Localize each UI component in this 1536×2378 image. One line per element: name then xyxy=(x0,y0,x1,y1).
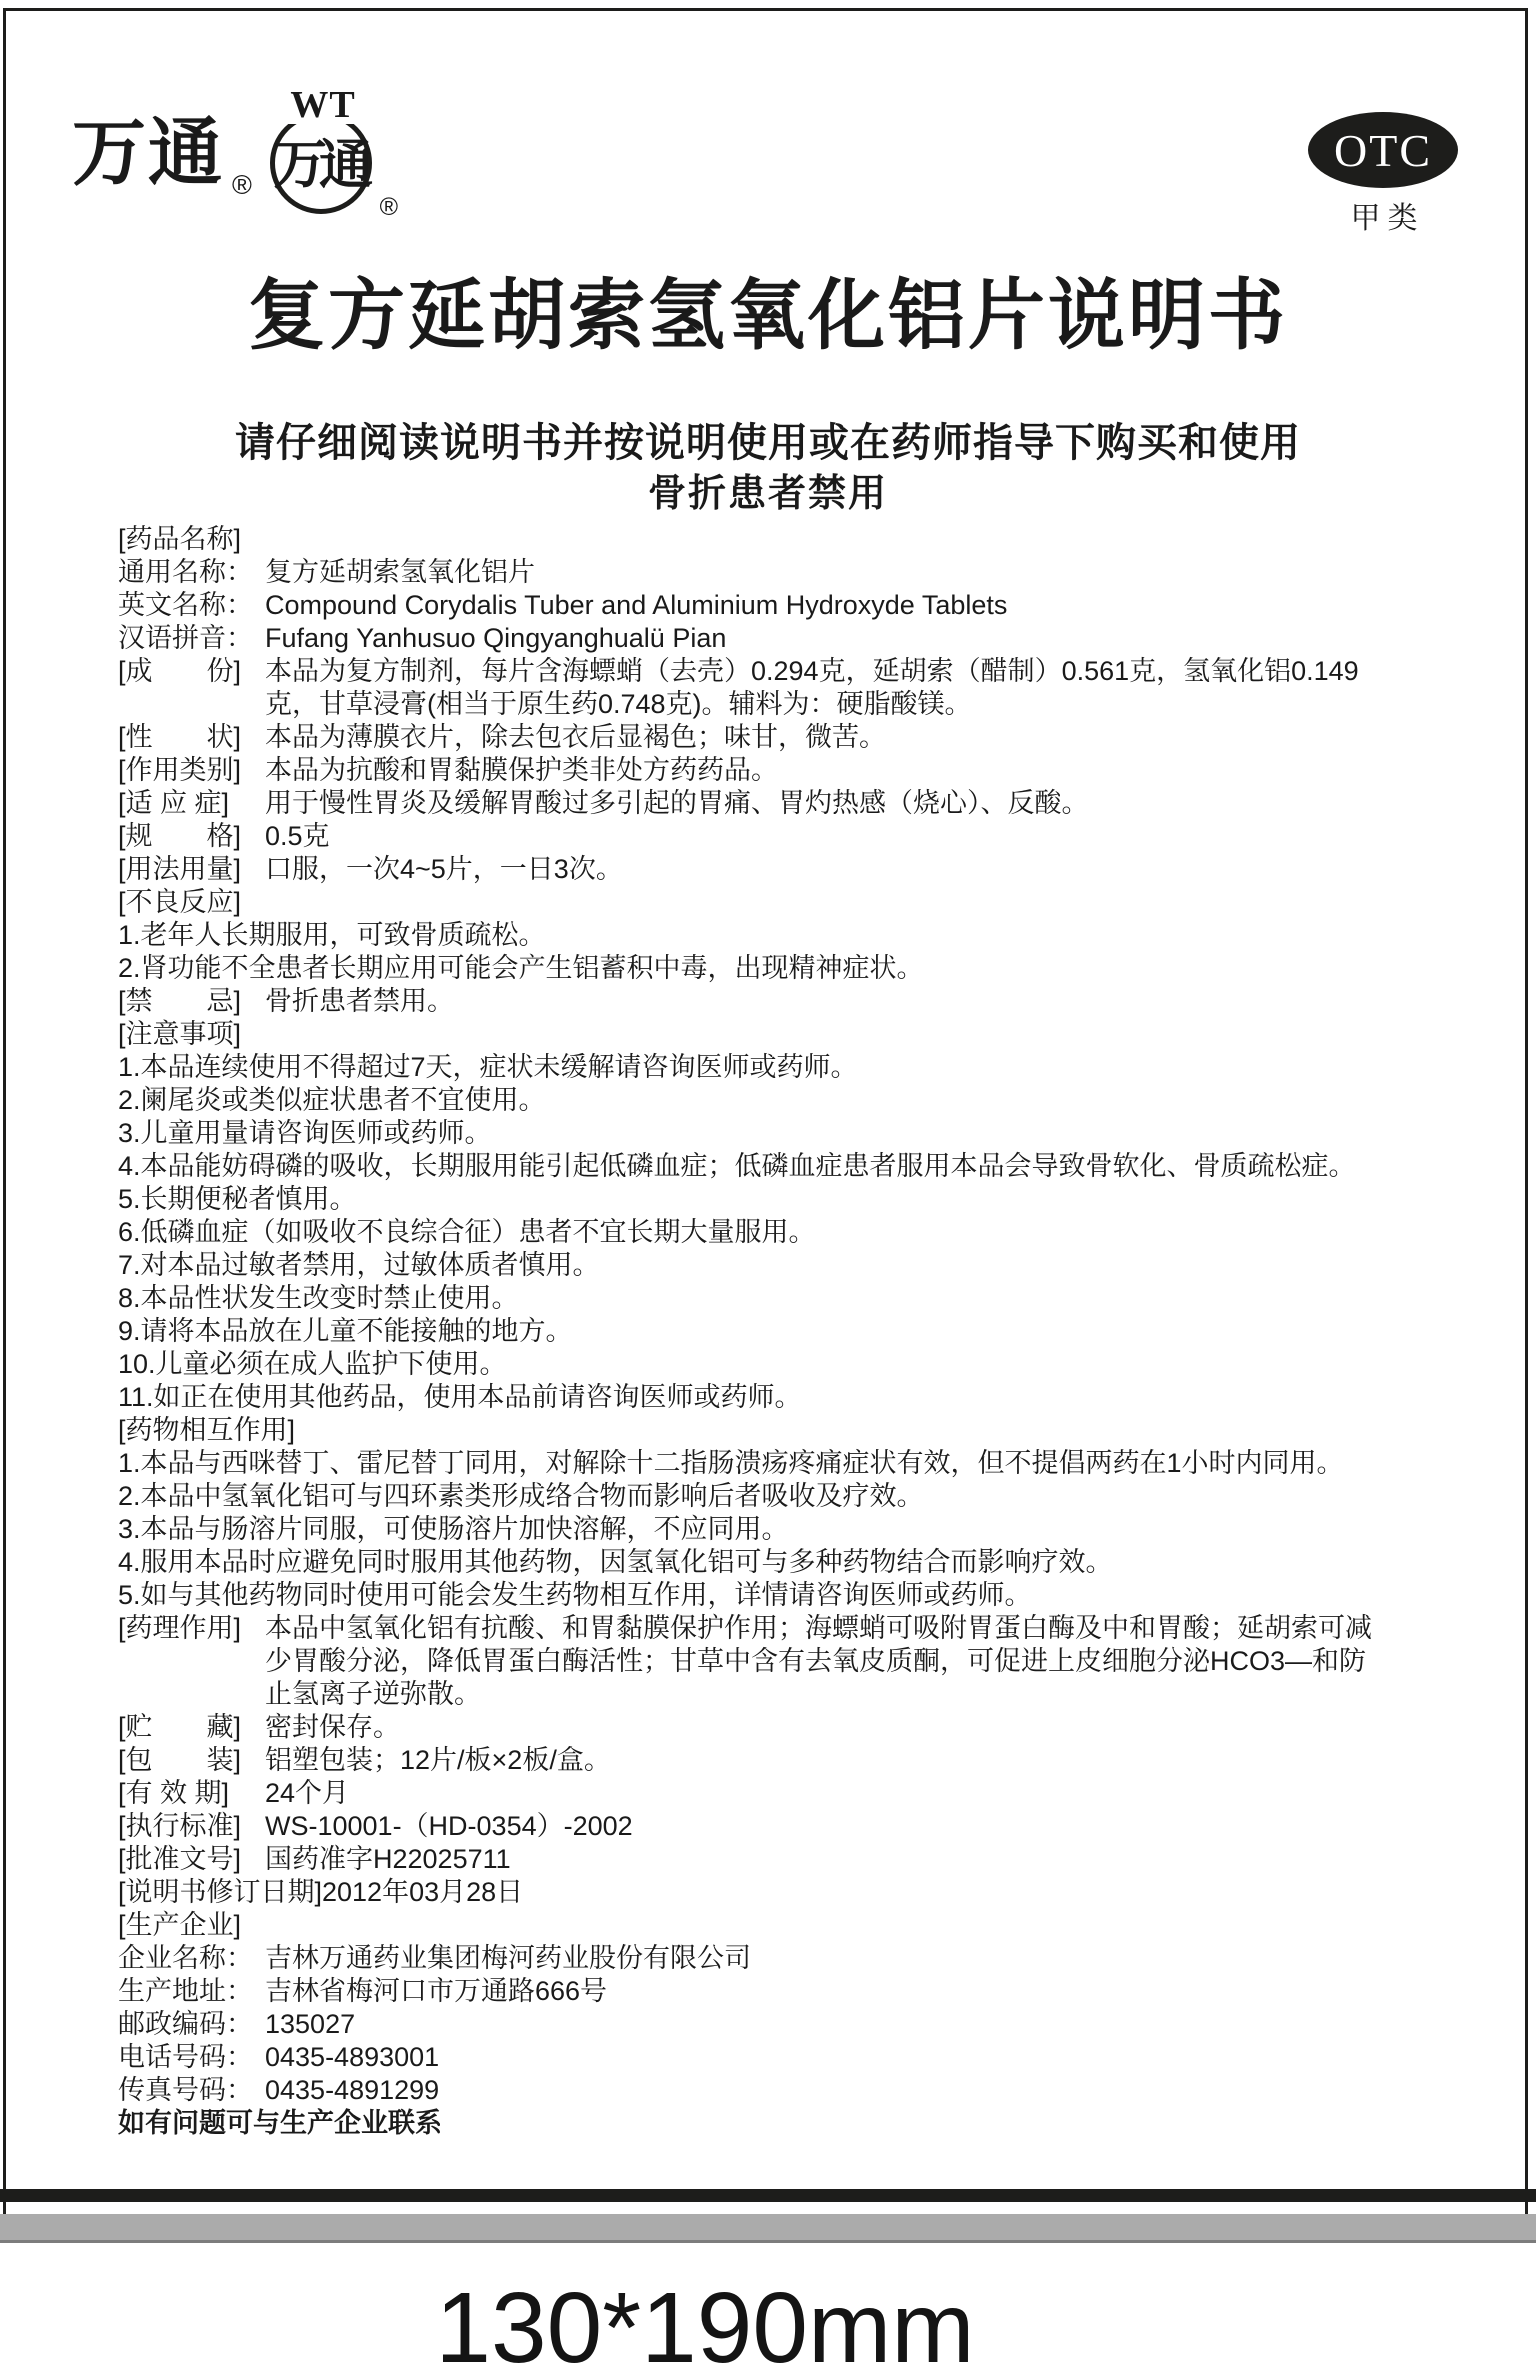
line-label: [用法用量] xyxy=(118,853,265,886)
body-text: [药品名称]通用名称：复方延胡索氢氧化铝片英文名称：Compound Coryd… xyxy=(118,523,1513,2140)
section-header-line: [注意事项] xyxy=(118,1018,1513,1051)
line-text: 克，甘草浸膏(相当于原生药0.748克)。辅料为：硬脂酸镁。 xyxy=(265,689,972,719)
section-header-line: [生产企业] xyxy=(118,1909,1513,1942)
body-line: 2.肾功能不全患者长期应用可能会产生铝蓄积中毒，出现精神症状。 xyxy=(118,952,1513,985)
registered-trademark-icon: ® xyxy=(380,193,398,222)
logo-inner-characters: 万通 xyxy=(273,138,373,192)
line-label: [成 份] xyxy=(118,655,265,688)
trim-bar-gray xyxy=(0,2214,1536,2243)
body-line: [性 状]本品为薄膜衣片，除去包衣后显褐色；味甘，微苦。 xyxy=(118,721,1513,754)
body-line: 4.服用本品时应避免同时服用其他药物，因氢氧化铝可与多种药物结合而影响疗效。 xyxy=(118,1546,1513,1579)
line-text: 骨折患者禁用。 xyxy=(265,986,454,1016)
line-label: 汉语拼音： xyxy=(118,622,265,655)
line-text: Compound Corydalis Tuber and Aluminium H… xyxy=(265,590,1007,620)
body-line: 2.阑尾炎或类似症状患者不宜使用。 xyxy=(118,1084,1513,1117)
line-text: 8.本品性状发生改变时禁止使用。 xyxy=(118,1283,519,1313)
line-text: 铝塑包装；12片/板×2板/盒。 xyxy=(265,1745,611,1775)
body-line: 传真号码：0435-4891299 xyxy=(118,2074,1513,2107)
body-line: 英文名称：Compound Corydalis Tuber and Alumin… xyxy=(118,589,1513,622)
body-line: 企业名称：吉林万通药业集团梅河药业股份有限公司 xyxy=(118,1942,1513,1975)
line-text: 吉林万通药业集团梅河药业股份有限公司 xyxy=(265,1943,751,1973)
line-text: 本品为复方制剂，每片含海螵蛸（去壳）0.294克，延胡索（醋制）0.561克，氢… xyxy=(265,656,1359,686)
body-line: 电话号码：0435-4893001 xyxy=(118,2041,1513,2074)
body-line: 5.如与其他药物同时使用可能会发生药物相互作用，详情请咨询医师或药师。 xyxy=(118,1579,1513,1612)
line-text: 135027 xyxy=(265,2009,355,2039)
body-line: [用法用量]口服，一次4~5片，一日3次。 xyxy=(118,853,1513,886)
line-text: 0435-4893001 xyxy=(265,2042,439,2072)
leaflet-proof-page: { "brand": { "name": "万通", "reg": "®", "… xyxy=(0,0,1536,2378)
body-line: [包 装]铝塑包装；12片/板×2板/盒。 xyxy=(118,1744,1513,1777)
trim-bar-black xyxy=(0,2189,1536,2202)
line-text: 5.如与其他药物同时使用可能会发生药物相互作用，详情请咨询医师或药师。 xyxy=(118,1580,1032,1610)
body-line: 11.如正在使用其他药品，使用本品前请咨询医师或药师。 xyxy=(118,1381,1513,1414)
line-text: 24个月 xyxy=(265,1778,349,1808)
body-line: [禁 忌]骨折患者禁用。 xyxy=(118,985,1513,1018)
body-line: 1.本品连续使用不得超过7天，症状未缓解请咨询医师或药师。 xyxy=(118,1051,1513,1084)
body-line: 少胃酸分泌，降低胃蛋白酶活性；甘草中含有去氧皮质酮，可促进上皮细胞分泌HCO3—… xyxy=(118,1645,1513,1678)
line-text: 用于慢性胃炎及缓解胃酸过多引起的胃痛、胃灼热感（烧心）、反酸。 xyxy=(265,788,1089,818)
otc-ellipse-icon: OTC xyxy=(1308,112,1458,188)
body-line: 2.本品中氢氧化铝可与四环素类形成络合物而影响后者吸收及疗效。 xyxy=(118,1480,1513,1513)
body-line: [药理作用]本品中氢氧化铝有抗酸、和胃黏膜保护作用；海螵蛸可吸附胃蛋白酶及中和胃… xyxy=(118,1612,1513,1645)
body-line: 8.本品性状发生改变时禁止使用。 xyxy=(118,1282,1513,1315)
line-text: 1.老年人长期服用，可致骨质疏松。 xyxy=(118,920,546,950)
line-text: 1.本品连续使用不得超过7天，症状未缓解请咨询医师或药师。 xyxy=(118,1052,858,1082)
line-text: WS-10001-（HD-0354）-2002 xyxy=(265,1811,633,1841)
body-line: 克，甘草浸膏(相当于原生药0.748克)。辅料为：硬脂酸镁。 xyxy=(118,688,1513,721)
line-text: 4.本品能妨碍磷的吸收，长期服用能引起低磷血症；低磷血症患者服用本品会导致骨软化… xyxy=(118,1151,1356,1181)
line-text: Fufang Yanhusuo Qingyanghualü Pian xyxy=(265,623,726,653)
line-label: [药物相互作用] xyxy=(118,1414,295,1447)
line-label: [禁 忌] xyxy=(118,985,265,1018)
section-header-line: [不良反应] xyxy=(118,886,1513,919)
body-line: 4.本品能妨碍磷的吸收，长期服用能引起低磷血症；低磷血症患者服用本品会导致骨软化… xyxy=(118,1150,1513,1183)
line-text: 2.本品中氢氧化铝可与四环素类形成络合物而影响后者吸收及疗效。 xyxy=(118,1481,924,1511)
line-label: 通用名称： xyxy=(118,556,265,589)
brand-name: 万通 xyxy=(72,111,224,194)
body-line: [贮 藏]密封保存。 xyxy=(118,1711,1513,1744)
line-text: 3.本品与肠溶片同服，可使肠溶片加快溶解，不应同用。 xyxy=(118,1514,789,1544)
body-line: 3.儿童用量请咨询医师或药师。 xyxy=(118,1117,1513,1150)
line-text: 4.服用本品时应避免同时服用其他药物，因氢氧化铝可与多种药物结合而影响疗效。 xyxy=(118,1547,1113,1577)
body-line: 6.低磷血症（如吸收不良综合征）患者不宜长期大量服用。 xyxy=(118,1216,1513,1249)
line-text: 10.儿童必须在成人监护下使用。 xyxy=(118,1349,507,1379)
body-line: [适 应 症]用于慢性胃炎及缓解胃酸过多引起的胃痛、胃灼热感（烧心）、反酸。 xyxy=(118,787,1513,820)
line-text: 7.对本品过敏者禁用，过敏体质者慎用。 xyxy=(118,1250,600,1280)
body-line: 止氢离子逆弥散。 xyxy=(118,1678,1513,1711)
page-title: 复方延胡索氢氧化铝片说明书 xyxy=(0,274,1536,359)
line-text: 0.5克 xyxy=(265,821,330,851)
line-text: 本品为抗酸和胃黏膜保护类非处方药药品。 xyxy=(265,755,778,785)
line-label: [规 格] xyxy=(118,820,265,853)
line-label: [药理作用] xyxy=(118,1612,265,1645)
brand-wordmark: 万通® xyxy=(72,116,252,190)
line-text: 2.阑尾炎或类似症状患者不宜使用。 xyxy=(118,1085,546,1115)
body-line: 如有问题可与生产企业联系 xyxy=(118,2107,1513,2140)
line-text: 11.如正在使用其他药品，使用本品前请咨询医师或药师。 xyxy=(118,1382,802,1412)
line-text: 如有问题可与生产企业联系 xyxy=(118,2108,442,2138)
line-text: 5.长期便秘者慎用。 xyxy=(118,1184,357,1214)
body-line: 3.本品与肠溶片同服，可使肠溶片加快溶解，不应同用。 xyxy=(118,1513,1513,1546)
line-text: 本品为薄膜衣片，除去包衣后显褐色；味甘，微苦。 xyxy=(265,722,886,752)
line-label: [生产企业] xyxy=(118,1909,265,1942)
line-text: [说明书修订日期]2012年03月28日 xyxy=(118,1877,523,1907)
line-text: 止氢离子逆弥散。 xyxy=(265,1679,481,1709)
line-label: 英文名称： xyxy=(118,589,265,622)
line-text: 9.请将本品放在儿童不能接触的地方。 xyxy=(118,1316,573,1346)
body-line: 邮政编码：135027 xyxy=(118,2008,1513,2041)
line-text: 国药准字H22025711 xyxy=(265,1844,511,1874)
line-label: [有 效 期] xyxy=(118,1777,265,1810)
otc-class-label: 甲类 xyxy=(1308,193,1460,237)
line-label: 生产地址： xyxy=(118,1975,265,2008)
line-label: 电话号码： xyxy=(118,2041,265,2074)
line-text: 少胃酸分泌，降低胃蛋白酶活性；甘草中含有去氧皮质酮，可促进上皮细胞分泌HCO3—… xyxy=(265,1646,1366,1676)
contraindication-warning: 骨折患者禁用 xyxy=(0,474,1536,516)
body-line: 通用名称：复方延胡索氢氧化铝片 xyxy=(118,556,1513,589)
line-text: 0435-4891299 xyxy=(265,2075,439,2105)
body-line: [成 份]本品为复方制剂，每片含海螵蛸（去壳）0.294克，延胡索（醋制）0.5… xyxy=(118,655,1513,688)
line-text: 本品中氢氧化铝有抗酸、和胃黏膜保护作用；海螵蛸可吸附胃蛋白酶及中和胃酸；延胡索可… xyxy=(265,1613,1372,1643)
line-text: 复方延胡索氢氧化铝片 xyxy=(265,557,535,587)
line-label: 企业名称： xyxy=(118,1942,265,1975)
line-text: 吉林省梅河口市万通路666号 xyxy=(265,1976,607,2006)
body-line: [批准文号]国药准字H22025711 xyxy=(118,1843,1513,1876)
body-line: [执行标准]WS-10001-（HD-0354）-2002 xyxy=(118,1810,1513,1843)
line-label: [注意事项] xyxy=(118,1018,265,1051)
logo-wt-initials: WT xyxy=(284,86,361,124)
line-label: [适 应 症] xyxy=(118,787,265,820)
body-line: 10.儿童必须在成人监护下使用。 xyxy=(118,1348,1513,1381)
body-line: 生产地址：吉林省梅河口市万通路666号 xyxy=(118,1975,1513,2008)
registered-trademark-icon: ® xyxy=(232,172,252,199)
body-line: [规 格]0.5克 xyxy=(118,820,1513,853)
section-header-line: [药品名称] xyxy=(118,523,1513,556)
line-label: 邮政编码： xyxy=(118,2008,265,2041)
line-text: 1.本品与西咪替丁、雷尼替丁同用，对解除十二指肠溃疡疼痛症状有效，但不提倡两药在… xyxy=(118,1448,1344,1478)
section-header-line: [药物相互作用] xyxy=(118,1414,1513,1447)
line-text: 口服，一次4~5片，一日3次。 xyxy=(265,854,623,884)
body-line: 7.对本品过敏者禁用，过敏体质者慎用。 xyxy=(118,1249,1513,1282)
body-line: 5.长期便秘者慎用。 xyxy=(118,1183,1513,1216)
line-label: [性 状] xyxy=(118,721,265,754)
line-text: 6.低磷血症（如吸收不良综合征）患者不宜长期大量服用。 xyxy=(118,1217,816,1247)
line-text: 2.肾功能不全患者长期应用可能会产生铝蓄积中毒，出现精神症状。 xyxy=(118,953,924,983)
line-label: [药品名称] xyxy=(118,523,265,556)
body-line: 1.本品与西咪替丁、雷尼替丁同用，对解除十二指肠溃疡疼痛症状有效，但不提倡两药在… xyxy=(118,1447,1513,1480)
sheet-size-label: 130*190mm xyxy=(0,2278,1410,2378)
line-label: [包 装] xyxy=(118,1744,265,1777)
body-line: 汉语拼音：Fufang Yanhusuo Qingyanghualü Pian xyxy=(118,622,1513,655)
body-line: [说明书修订日期]2012年03月28日 xyxy=(118,1876,1513,1909)
line-label: 传真号码： xyxy=(118,2074,265,2107)
body-line: [作用类别]本品为抗酸和胃黏膜保护类非处方药药品。 xyxy=(118,754,1513,787)
line-label: [作用类别] xyxy=(118,754,265,787)
line-text: 3.儿童用量请咨询医师或药师。 xyxy=(118,1118,492,1148)
usage-instruction-subtitle: 请仔细阅读说明书并按说明使用或在药师指导下购买和使用 xyxy=(0,421,1536,465)
body-line: [有 效 期]24个月 xyxy=(118,1777,1513,1810)
line-label: [不良反应] xyxy=(118,886,265,919)
line-label: [贮 藏] xyxy=(118,1711,265,1744)
body-line: 9.请将本品放在儿童不能接触的地方。 xyxy=(118,1315,1513,1348)
body-line: 1.老年人长期服用，可致骨质疏松。 xyxy=(118,919,1513,952)
line-text: 密封保存。 xyxy=(265,1712,400,1742)
line-label: [执行标准] xyxy=(118,1810,265,1843)
otc-badge: OTC 甲类 xyxy=(1308,112,1460,237)
brand-circle-logo: WT 万通 ® xyxy=(260,86,386,226)
line-label: [批准文号] xyxy=(118,1843,265,1876)
